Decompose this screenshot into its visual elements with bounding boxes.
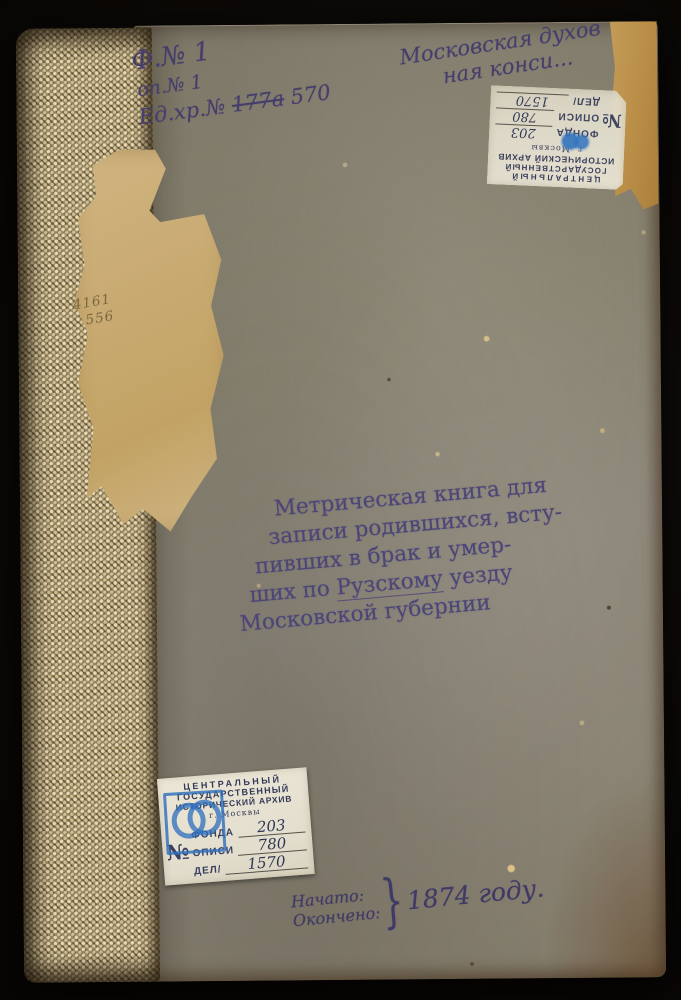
- pencil-note: 4161 556: [72, 291, 116, 331]
- date-year: 1874 году.: [406, 873, 546, 915]
- numero-sign: №: [602, 110, 622, 132]
- photo-background: 4161 556 Ф.№ 1 оп.№ 1 Ед.хр.№ 177а 570 М…: [0, 0, 681, 1000]
- blue-ink-stamp: [559, 125, 593, 156]
- blue-square-stamp: [163, 790, 227, 856]
- archive-label-top-inverted: ЦЕНТРАЛЬНЫЙ ГОСУДАРСТВЕННЫЙ ИСТОРИЧЕСКИЙ…: [487, 85, 627, 190]
- storage-unit-new: 570: [289, 81, 332, 110]
- archive-label-rows: № ФОНДА 203 ОПИСИ 780 ДЕЛ/ 1570: [489, 85, 627, 147]
- book: 4161 556 Ф.№ 1 оп.№ 1 Ед.хр.№ 177а 570 М…: [16, 21, 666, 983]
